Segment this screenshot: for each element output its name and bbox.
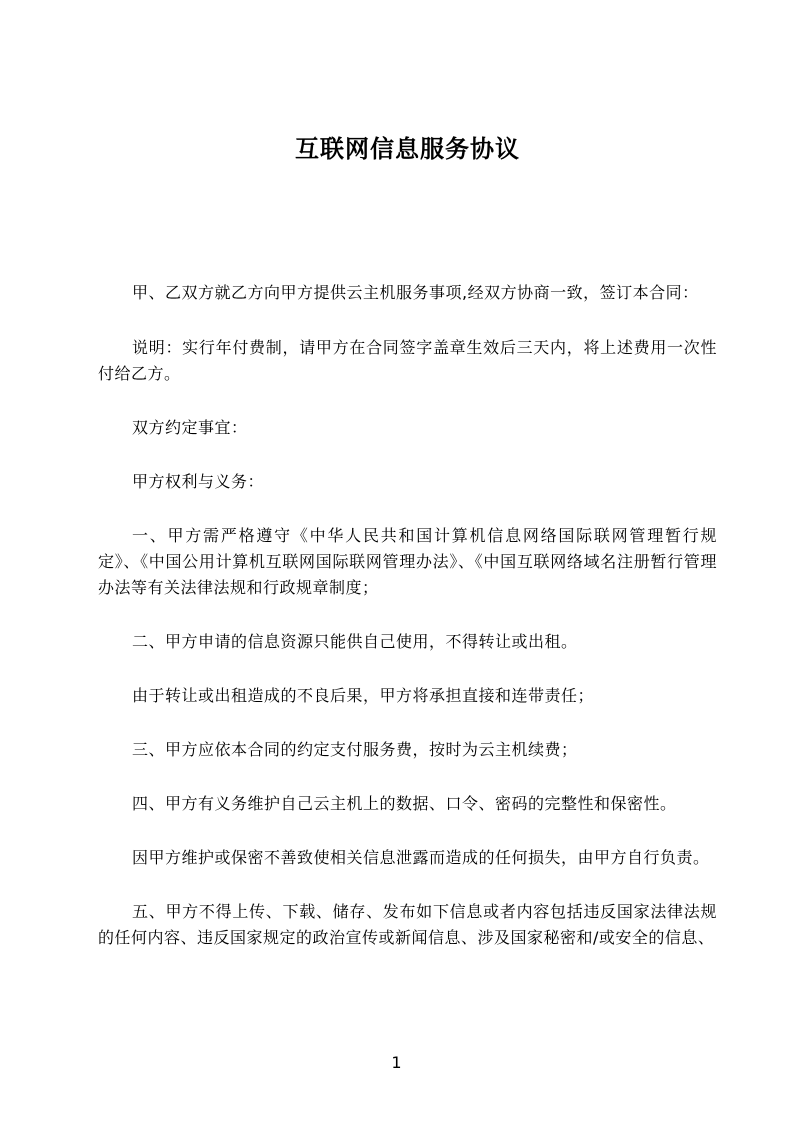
paragraph-clause-5: 五、甲方不得上传、下载、储存、发布如下信息或者内容包括违反国家法律法规的任何内容… [98, 899, 717, 951]
paragraph-clause-1: 一、甲方需严格遵守《中华人民共和国计算机信息网络国际联网管理暂行规定》、《中国公… [98, 523, 717, 601]
paragraph-clause-3: 三、甲方应依本合同的约定支付服务费，按时为云主机续费； [98, 737, 717, 763]
document-body: 互联网信息服务协议 甲、乙双方就乙方向甲方提供云主机服务事项,经双方协商一致，签… [98, 0, 717, 979]
paragraph-party-a-rights-heading: 甲方权利与义务： [98, 469, 717, 495]
document-title: 互联网信息服务协议 [98, 0, 717, 168]
paragraph-agreed-matters-heading: 双方约定事宜： [98, 415, 717, 441]
document-page: 互联网信息服务协议 甲、乙双方就乙方向甲方提供云主机服务事项,经双方协商一致，签… [0, 0, 793, 1122]
paragraph-clause-4-liability: 因甲方维护或保密不善致使相关信息泄露而造成的任何损失，由甲方自行负责。 [98, 845, 717, 871]
paragraph-clause-2-liability: 由于转让或出租造成的不良后果，甲方将承担直接和连带责任； [98, 683, 717, 709]
paragraph-payment-note: 说明：实行年付费制，请甲方在合同签字盖章生效后三天内，将上述费用一次性付给乙方。 [98, 335, 717, 387]
page-number: 1 [0, 1050, 793, 1076]
paragraph-clause-2: 二、甲方申请的信息资源只能供自己使用，不得转让或出租。 [98, 629, 717, 655]
paragraph-intro: 甲、乙双方就乙方向甲方提供云主机服务事项,经双方协商一致，签订本合同： [98, 280, 717, 306]
paragraph-clause-4: 四、甲方有义务维护自己云主机上的数据、口令、密码的完整性和保密性。 [98, 791, 717, 817]
